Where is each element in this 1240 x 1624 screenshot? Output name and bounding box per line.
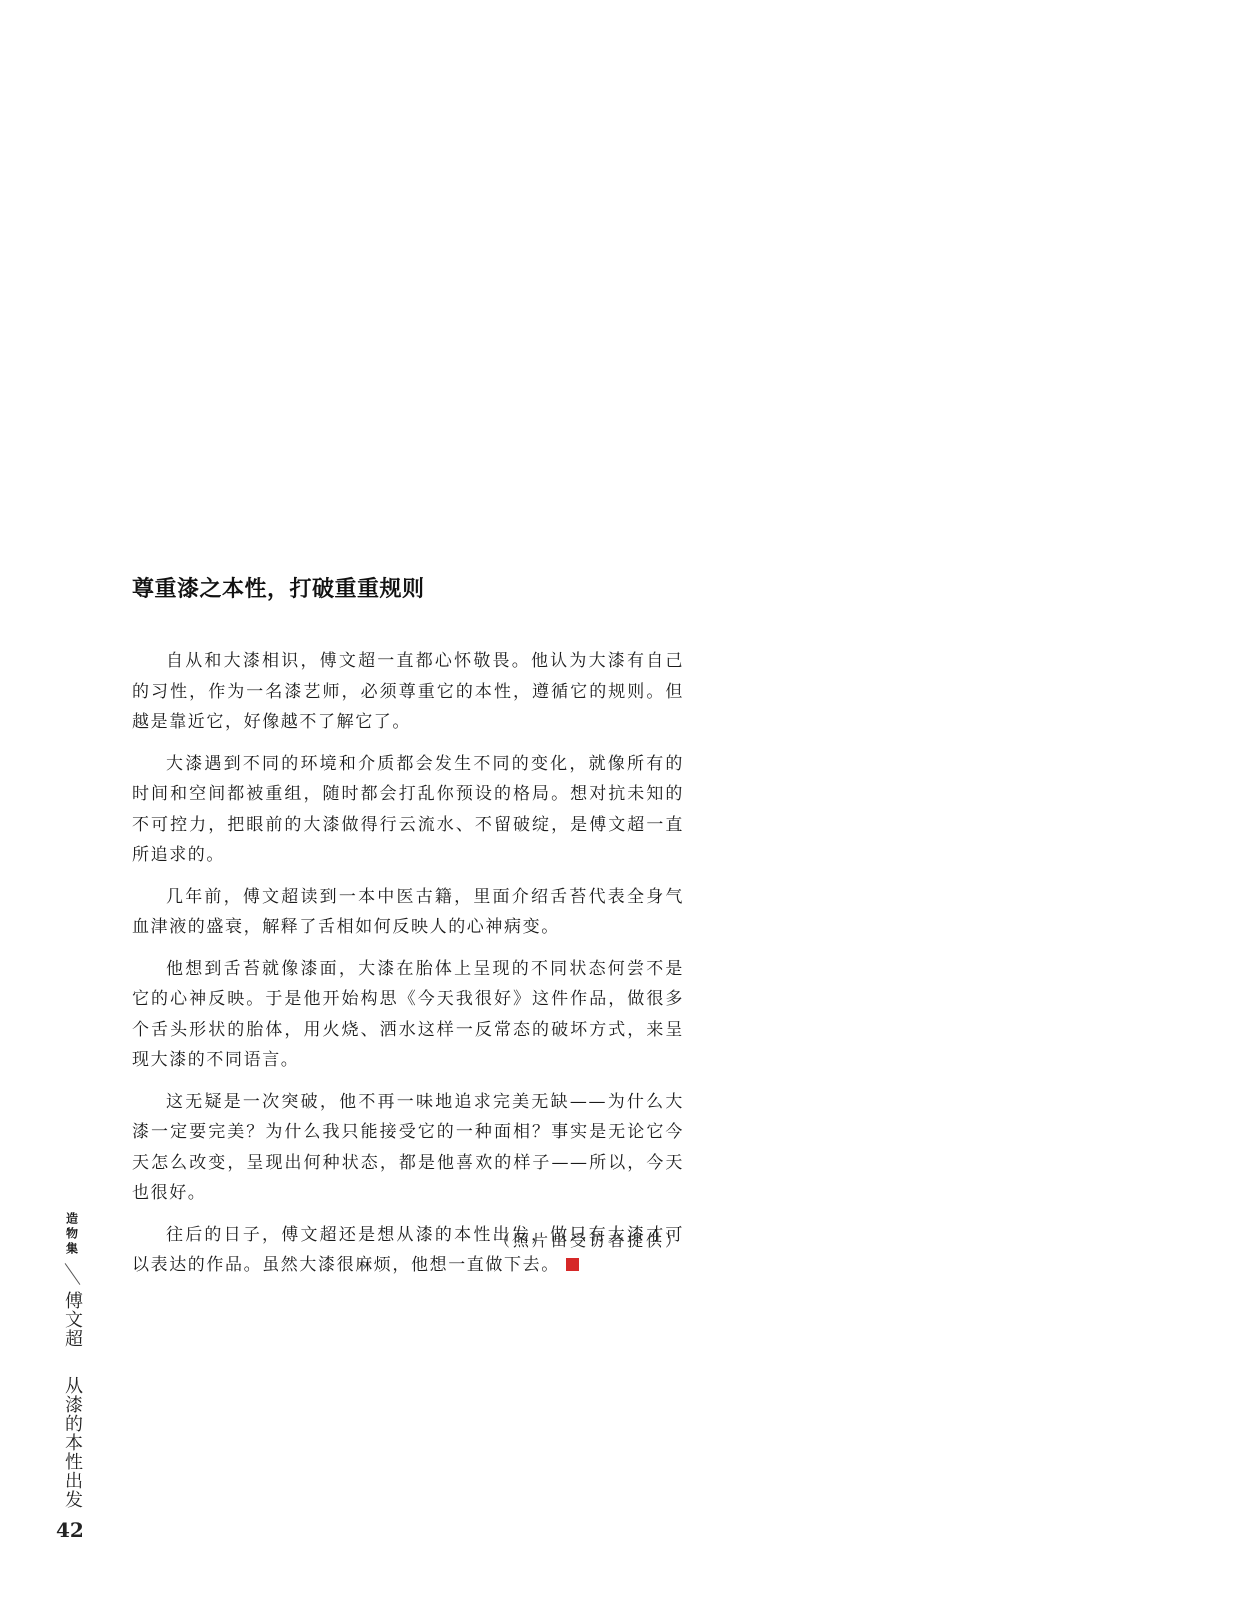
section-heading: 尊重漆之本性，打破重重规则	[132, 572, 425, 603]
running-head: 造物集 傅文超 从漆的本性出发	[58, 1212, 86, 1509]
paragraph: 几年前，傅文超读到一本中医古籍，里面介绍舌苔代表全身气血津液的盛衰，解释了舌相如…	[132, 882, 684, 943]
paragraph: 自从和大漆相识，傅文超一直都心怀敬畏。他认为大漆有自己的习性，作为一名漆艺师，必…	[132, 646, 684, 738]
paragraph: 大漆遇到不同的环境和介质都会发生不同的变化，就像所有的时间和空间都被重组，随时都…	[132, 749, 684, 871]
paragraph: 这无疑是一次突破，他不再一味地追求完美无缺——为什么大漆一定要完美？为什么我只能…	[132, 1087, 684, 1209]
article-title: 从漆的本性出发	[59, 1376, 85, 1509]
page-number: 42	[56, 1518, 84, 1542]
series-name: 造物集	[64, 1212, 81, 1257]
author-name: 傅文超	[59, 1291, 85, 1348]
photo-credit: （照片由受访者提供）	[132, 1228, 684, 1251]
article-body: 自从和大漆相识，傅文超一直都心怀敬畏。他认为大漆有自己的习性，作为一名漆艺师，必…	[132, 646, 684, 1292]
end-mark-icon	[566, 1258, 579, 1271]
paragraph: 他想到舌苔就像漆面，大漆在胎体上呈现的不同状态何尝不是它的心神反映。于是他开始构…	[132, 954, 684, 1076]
divider-slash	[64, 1263, 80, 1285]
